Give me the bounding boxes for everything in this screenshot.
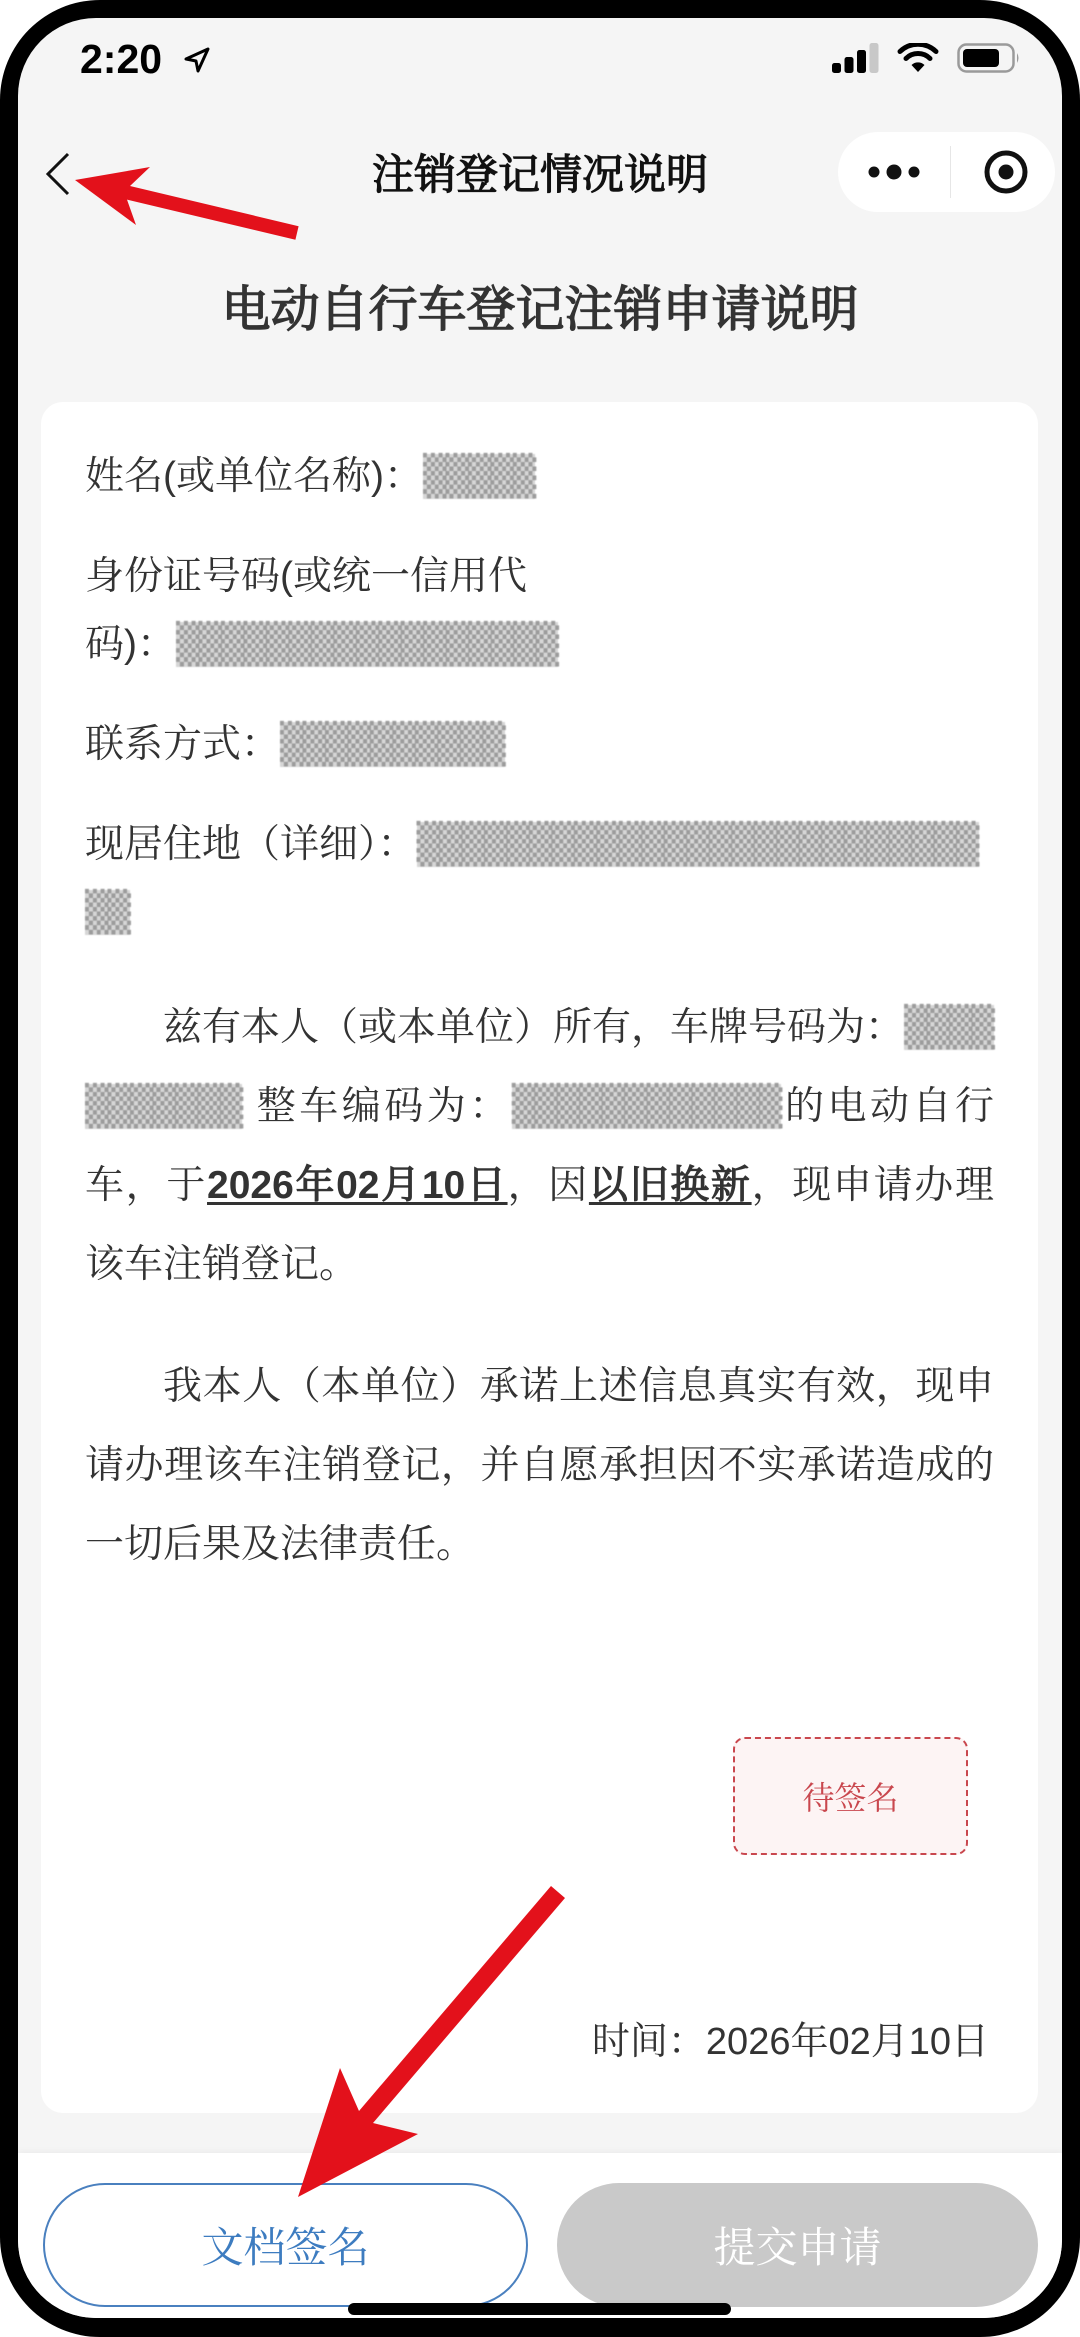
reason-prefix-text: ，因 (508, 1164, 589, 1207)
vin-masked: ▒▒▒▒▒▒▒▒▒▒▒▒ (512, 1084, 782, 1129)
chevron-left-icon (45, 152, 71, 196)
submit-application-button[interactable]: 提交申请 (557, 2183, 1038, 2307)
vin-label: 整车编码为： (242, 1085, 511, 1128)
phone-frame: 2:20 (0, 0, 1080, 2337)
location-arrow-icon (182, 45, 212, 75)
field-name: 姓名(或单位名称)：▒▒▒▒▒ (85, 443, 994, 511)
close-button[interactable] (951, 132, 1055, 212)
mini-program-capsule (838, 132, 1055, 212)
back-button[interactable] (30, 136, 90, 210)
signature-placeholder-label: 待签名 (802, 1773, 898, 1819)
field-id-number-value-masked: ▒▒▒▒▒▒▒▒▒▒▒▒▒▒▒▒▒ (176, 622, 558, 667)
field-name-value-masked: ▒▒▒▒▒ (423, 454, 535, 499)
ownership-intro-text: 兹有本人（或本单位）所有，车牌号码为： (163, 1006, 904, 1049)
document-sign-button[interactable]: 文档签名 (43, 2183, 528, 2307)
sign-time-label: 时间： (592, 2021, 706, 2063)
screen: 2:20 (18, 18, 1062, 2318)
more-button[interactable] (838, 132, 950, 212)
signal-icon (832, 43, 880, 73)
field-id-number: 身份证号码(或统一信用代码)：▒▒▒▒▒▒▒▒▒▒▒▒▒▒▒▒▒ (85, 543, 605, 679)
sign-time: 时间：2026年02月10日 (85, 2017, 994, 2067)
signature-placeholder-box[interactable]: 待签名 (733, 1737, 968, 1855)
bottom-action-bar: 文档签名 提交申请 (18, 2153, 1062, 2318)
field-address-label: 现居住地（详细）： (85, 823, 417, 866)
sign-time-value: 2026年02月10日 (706, 2021, 989, 2063)
cancellation-reason: 以旧换新 (589, 1164, 752, 1207)
declaration-paragraph-ownership: 兹有本人（或本单位）所有，车牌号码为：▒▒▒▒▒▒▒▒▒▒▒ 整车编码为：▒▒▒… (85, 988, 994, 1304)
nav-title: 注销登记情况说明 (240, 148, 840, 202)
field-contact-value-masked: ▒▒▒▒▒▒▒▒▒▒ (280, 722, 505, 767)
cancellation-date: 2026年02月10日 (207, 1164, 508, 1207)
field-name-label: 姓名(或单位名称)： (85, 455, 423, 498)
field-contact-label: 联系方式： (85, 723, 280, 766)
field-contact: 联系方式：▒▒▒▒▒▒▒▒▒▒ (85, 711, 994, 779)
field-address: 现居住地（详细）：▒▒▒▒▒▒▒▒▒▒▒▒▒▒▒▒▒▒▒▒▒▒▒▒▒▒▒ (85, 811, 994, 947)
home-indicator (348, 2303, 731, 2315)
declaration-paragraph-commitment: 我本人（本单位）承诺上述信息真实有效，现申请办理该车注销登记，并自愿承担因不实承… (85, 1347, 994, 1584)
wifi-icon (897, 43, 939, 73)
application-card: 姓名(或单位名称)：▒▒▒▒▒ 身份证号码(或统一信用代码)：▒▒▒▒▒▒▒▒▒… (41, 402, 1038, 2113)
target-circle-icon (982, 148, 1030, 196)
more-dots-icon (864, 162, 924, 182)
battery-icon (957, 43, 1021, 73)
document-title: 电动自行车登记注销申请说明 (18, 280, 1062, 340)
status-time: 2:20 (80, 34, 162, 84)
